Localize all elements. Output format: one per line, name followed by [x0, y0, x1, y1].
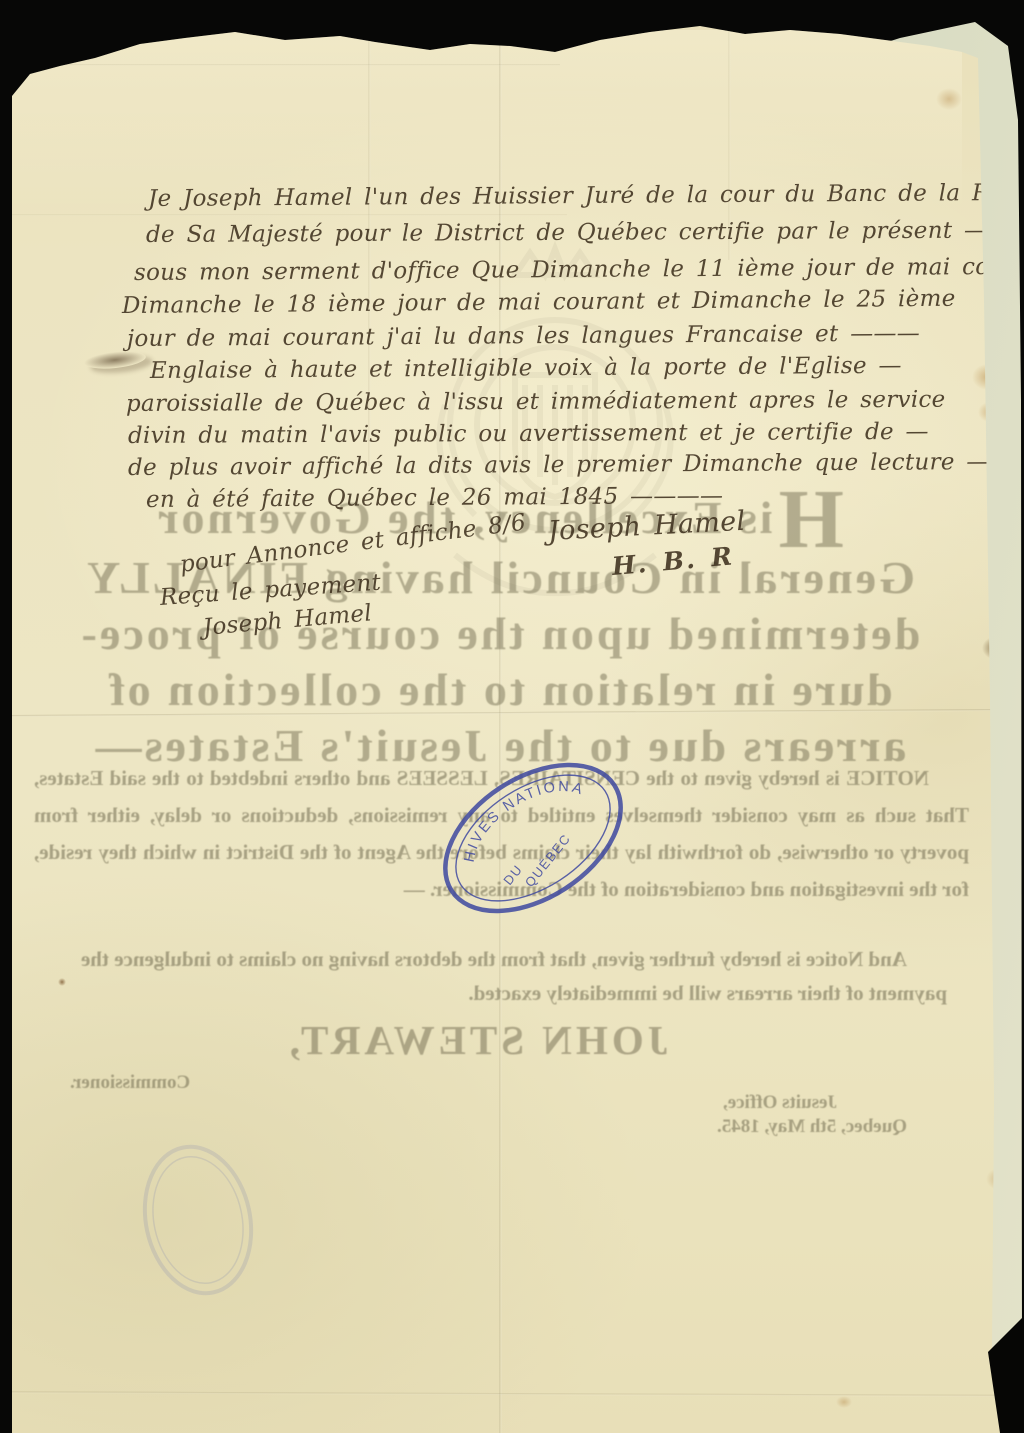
archives-stamp-bleedthrough — [128, 1130, 268, 1310]
bleed-heading-dropcap: H — [776, 491, 844, 550]
bleed-heading-line: General in Council having FINALLY — [12, 550, 987, 606]
handwritten-line: paroissialle de Québec à l'issu et imméd… — [126, 387, 946, 417]
handwritten-line: en à été faite Québec le 26 mai 1845 ———… — [146, 483, 723, 513]
handwritten-line: de plus avoir affiché la dits avis le pr… — [128, 449, 990, 481]
bleed-heading-line: determined upon the course of proce- — [12, 606, 987, 662]
fold-crease-horizontal-upper — [12, 214, 567, 216]
stain — [836, 1396, 852, 1408]
scanned-document: His Excellency, the Governor General in … — [0, 0, 1024, 1433]
fold-crease-horizontal-bottom — [12, 1391, 997, 1396]
stamp-center-line1: DU — [500, 861, 525, 887]
fold-crease-horizontal-top — [12, 64, 560, 66]
stain-speck — [58, 978, 66, 986]
bleed-further-notice-paragraph: And Notice is hereby further given, that… — [42, 942, 947, 1010]
bleed-heading-line: dure in relation to the collection of — [12, 662, 987, 718]
bleed-signature-name: JOHN STEWART, — [197, 1016, 757, 1064]
archives-stamp: ARCHIVES NATIONALES DU QUÉBEC — [423, 738, 643, 938]
handwritten-line: sous mon serment d'office Que Dimanche l… — [134, 254, 1024, 286]
bleed-office-line2: Quebec, 5th May, 1845. — [717, 1116, 907, 1138]
stamp-center-line2: QUÉBEC — [522, 831, 574, 890]
handwritten-line: de Sa Majesté pour le District de Québec… — [146, 218, 987, 248]
bleed-signature-title: Commissioner. — [70, 1072, 987, 1094]
handwritten-line: jour de mai courant j'ai lu dans les lan… — [127, 320, 920, 352]
handwritten-line: Englaise à haute et intelligible voix à … — [150, 353, 902, 384]
paper-sheet: His Excellency, the Governor General in … — [0, 0, 1024, 1433]
ink-smudge — [83, 349, 146, 371]
handwritten-line: divin du matin l'avis public ou avertiss… — [128, 419, 929, 449]
handwritten-line: Dimanche le 18 ième jour de mai courant … — [122, 286, 956, 319]
stain — [936, 88, 962, 110]
bleed-office-line1: Jesuits Office, — [723, 1092, 837, 1114]
